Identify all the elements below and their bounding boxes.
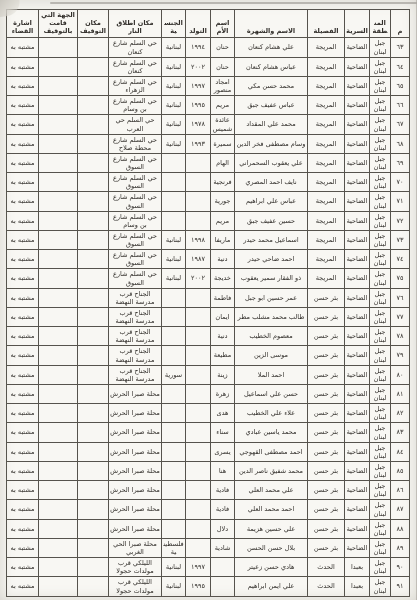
scanned-page: { "page": { "paper_color": "#f6f5f0", "b… xyxy=(0,0,417,600)
paper-background xyxy=(0,0,417,600)
scan-top-edge-artifact xyxy=(50,2,417,4)
